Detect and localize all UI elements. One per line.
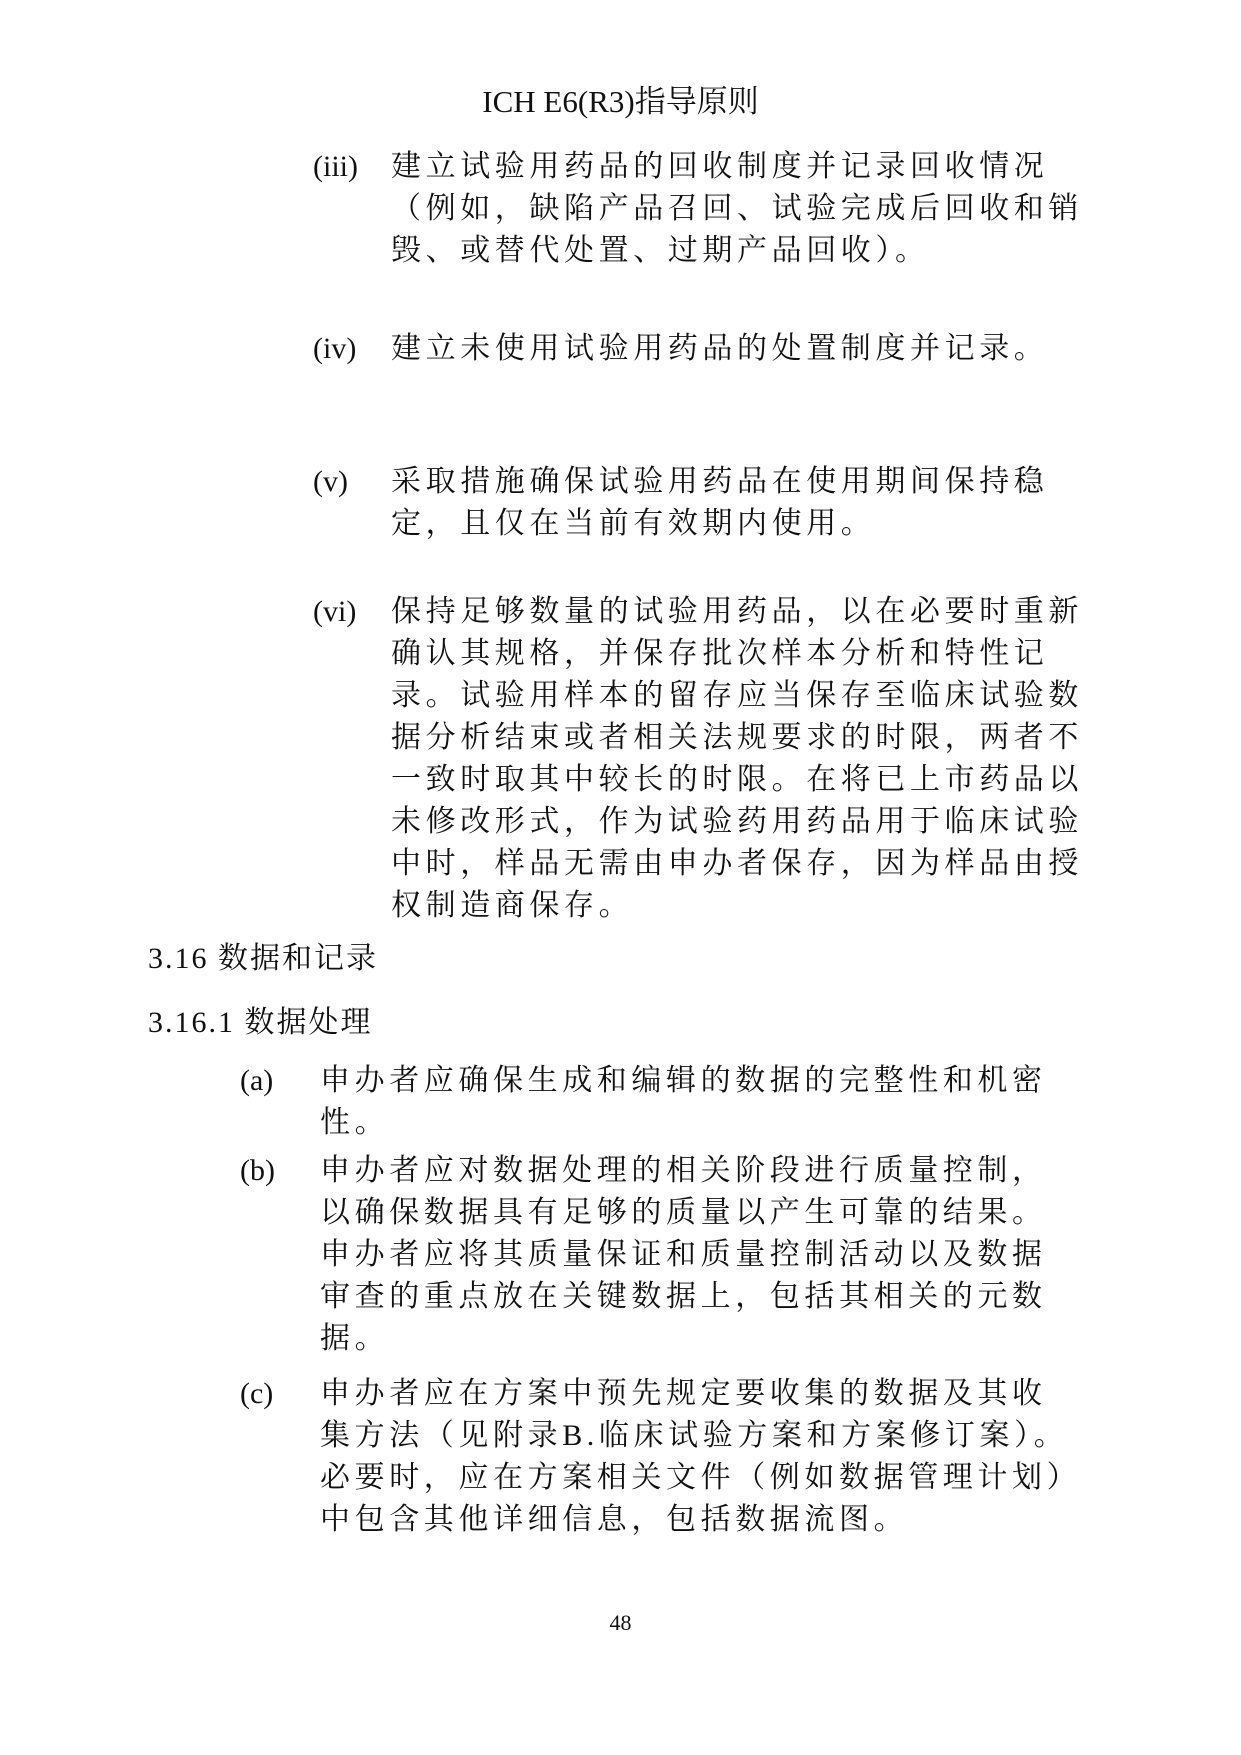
item-text: 申办者应对数据处理的相关阶段进行质量控制，以确保数据具有足够的质量以产生可靠的结… xyxy=(320,1150,1080,1360)
item-text: 申办者应确保生成和编辑的数据的完整性和机密性。 xyxy=(320,1060,1080,1144)
subsection-heading: 3.16.1 数据处理 xyxy=(148,997,373,1041)
item-text: 保持足够数量的试验用药品，以在必要时重新确认其规格，并保存批次样本分析和特性记录… xyxy=(391,591,1091,927)
list-item-iii: (iii) 建立试验用药品的回收制度并记录回收情况（例如，缺陷产品召回、试验完成… xyxy=(313,146,1091,272)
list-item-a: (a) 申办者应确保生成和编辑的数据的完整性和机密性。 xyxy=(240,1060,1080,1144)
item-label: (c) xyxy=(240,1373,320,1541)
item-label: (vi) xyxy=(313,591,391,927)
list-item-v: (v) 采取措施确保试验用药品在使用期间保持稳定，且仅在当前有效期内使用。 xyxy=(313,461,1091,545)
item-text: 建立试验用药品的回收制度并记录回收情况（例如，缺陷产品召回、试验完成后回收和销毁… xyxy=(391,146,1091,272)
item-text: 建立未使用试验用药品的处置制度并记录。 xyxy=(391,328,1091,370)
item-label: (b) xyxy=(240,1150,320,1360)
item-text: 申办者应在方案中预先规定要收集的数据及其收集方法（见附录B.临床试验方案和方案修… xyxy=(320,1373,1080,1541)
item-label: (a) xyxy=(240,1060,320,1144)
list-item-iv: (iv) 建立未使用试验用药品的处置制度并记录。 xyxy=(313,328,1091,370)
list-item-c: (c) 申办者应在方案中预先规定要收集的数据及其收集方法（见附录B.临床试验方案… xyxy=(240,1373,1080,1541)
page-number: 48 xyxy=(0,1610,1241,1636)
document-header: ICH E6(R3)指导原则 xyxy=(0,76,1241,121)
item-label: (iv) xyxy=(313,328,391,370)
item-text: 采取措施确保试验用药品在使用期间保持稳定，且仅在当前有效期内使用。 xyxy=(391,461,1091,545)
item-label: (v) xyxy=(313,461,391,545)
list-item-b: (b) 申办者应对数据处理的相关阶段进行质量控制，以确保数据具有足够的质量以产生… xyxy=(240,1150,1080,1360)
item-label: (iii) xyxy=(313,146,391,272)
section-heading: 3.16 数据和记录 xyxy=(148,933,378,977)
list-item-vi: (vi) 保持足够数量的试验用药品，以在必要时重新确认其规格，并保存批次样本分析… xyxy=(313,591,1091,927)
